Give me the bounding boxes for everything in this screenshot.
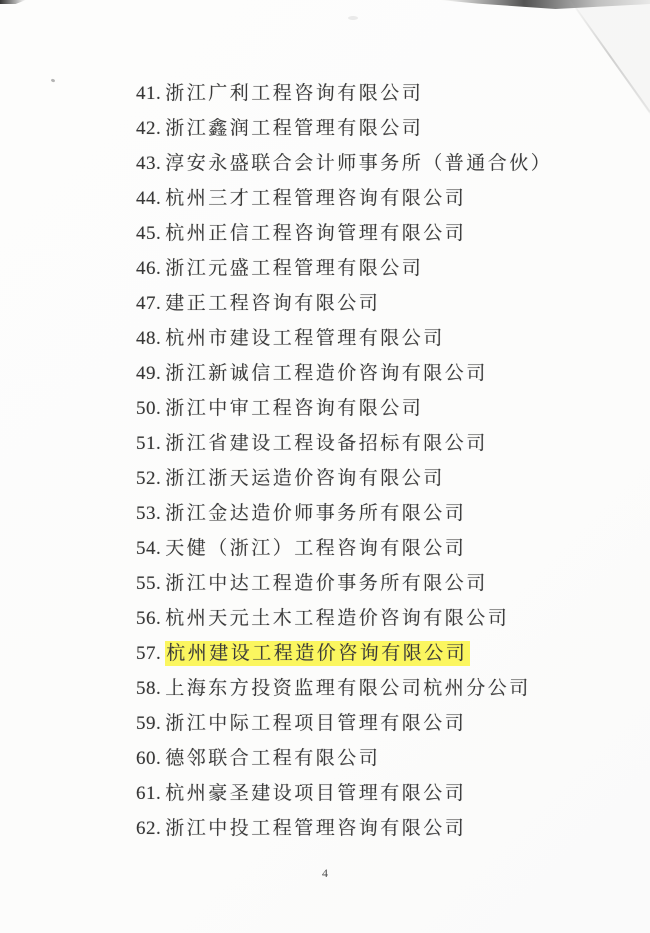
item-name: 杭州市建设工程管理有限公司 [165,328,445,349]
item-name: 杭州天元土木工程造价咨询有限公司 [165,608,509,629]
list-item: 49.浙江新诚信工程造价咨询有限公司 [136,356,552,391]
list-item: 58.上海东方投资监理有限公司杭州分公司 [136,671,552,706]
item-number: 46. [136,251,161,286]
item-number: 51. [136,426,161,461]
list-item: 42.浙江鑫润工程管理有限公司 [136,111,552,146]
item-number: 55. [136,566,161,601]
scan-speck [348,16,358,20]
item-number: 44. [136,181,161,216]
item-name: 杭州豪圣建设项目管理有限公司 [165,783,466,804]
list-item: 41.浙江广利工程咨询有限公司 [136,76,552,111]
item-name-highlighted: 杭州建设工程造价咨询有限公司 [165,641,470,666]
item-name: 浙江鑫润工程管理有限公司 [165,118,423,139]
item-name: 建正工程咨询有限公司 [165,293,380,314]
item-number: 62. [136,811,161,846]
item-number: 61. [136,776,161,811]
item-number: 50. [136,391,161,426]
item-name: 天健（浙江）工程咨询有限公司 [165,538,466,559]
item-name: 杭州正信工程咨询管理有限公司 [165,223,466,244]
item-name: 浙江中际工程项目管理有限公司 [165,713,466,734]
item-number: 47. [136,286,161,321]
item-number: 57. [136,636,161,671]
scan-edge-top-left-artifact [0,0,26,4]
list-item: 48.杭州市建设工程管理有限公司 [136,321,552,356]
list-item: 53.浙江金达造价师事务所有限公司 [136,496,552,531]
list-item: 46.浙江元盛工程管理有限公司 [136,251,552,286]
list-item: 44.杭州三才工程管理咨询有限公司 [136,181,552,216]
list-item: 61.杭州豪圣建设项目管理有限公司 [136,776,552,811]
item-number: 56. [136,601,161,636]
item-number: 41. [136,76,161,111]
item-name: 浙江中审工程咨询有限公司 [165,398,423,419]
scan-speck [51,78,56,82]
item-name: 浙江浙天运造价咨询有限公司 [165,468,445,489]
list-item: 55.浙江中达工程造价事务所有限公司 [136,566,552,601]
company-list: 41.浙江广利工程咨询有限公司42.浙江鑫润工程管理有限公司43.淳安永盛联合会… [136,76,552,846]
item-name: 浙江中达工程造价事务所有限公司 [165,573,488,594]
list-item: 57.杭州建设工程造价咨询有限公司 [136,636,552,671]
item-number: 58. [136,671,161,706]
item-number: 42. [136,111,161,146]
list-item: 50.浙江中审工程咨询有限公司 [136,391,552,426]
item-number: 53. [136,496,161,531]
item-number: 54. [136,531,161,566]
list-item: 47.建正工程咨询有限公司 [136,286,552,321]
item-name: 杭州三才工程管理咨询有限公司 [165,188,466,209]
item-number: 48. [136,321,161,356]
list-item: 43.淳安永盛联合会计师事务所（普通合伙） [136,146,552,181]
item-name: 德邻联合工程有限公司 [165,748,380,769]
item-number: 52. [136,461,161,496]
item-name: 浙江中投工程管理咨询有限公司 [165,818,466,839]
item-name: 浙江元盛工程管理有限公司 [165,258,423,279]
item-name: 浙江金达造价师事务所有限公司 [165,503,466,524]
list-item: 60.德邻联合工程有限公司 [136,741,552,776]
list-item: 62.浙江中投工程管理咨询有限公司 [136,811,552,846]
list-item: 52.浙江浙天运造价咨询有限公司 [136,461,552,496]
list-item: 45.杭州正信工程咨询管理有限公司 [136,216,552,251]
item-number: 43. [136,146,161,181]
list-item: 59.浙江中际工程项目管理有限公司 [136,706,552,741]
scanned-document-page: 41.浙江广利工程咨询有限公司42.浙江鑫润工程管理有限公司43.淳安永盛联合会… [0,0,650,933]
item-number: 49. [136,356,161,391]
item-name: 浙江广利工程咨询有限公司 [165,83,423,104]
list-item: 51.浙江省建设工程设备招标有限公司 [136,426,552,461]
item-name: 淳安永盛联合会计师事务所（普通合伙） [165,153,552,174]
item-number: 59. [136,706,161,741]
page-number: 4 [0,866,650,881]
item-number: 60. [136,741,161,776]
list-item: 56.杭州天元土木工程造价咨询有限公司 [136,601,552,636]
item-name: 浙江省建设工程设备招标有限公司 [165,433,488,454]
item-number: 45. [136,216,161,251]
list-item: 54.天健（浙江）工程咨询有限公司 [136,531,552,566]
item-name: 浙江新诚信工程造价咨询有限公司 [165,363,488,384]
item-name: 上海东方投资监理有限公司杭州分公司 [165,678,531,699]
